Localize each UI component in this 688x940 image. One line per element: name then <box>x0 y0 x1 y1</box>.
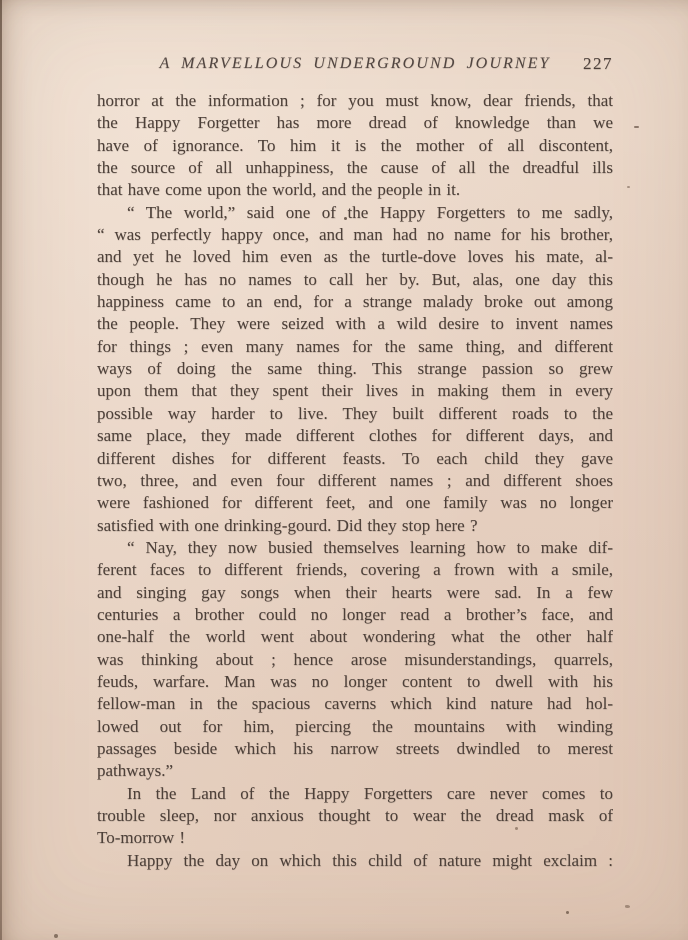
ink-speck <box>634 126 639 128</box>
text-line: was thinking about ; hence arose misunde… <box>97 649 613 671</box>
body-text: horror at the information ; for you must… <box>97 90 613 872</box>
paragraph: “ The world,” said one of the Happy Forg… <box>97 202 613 537</box>
paragraph: horror at the information ; for you must… <box>97 90 613 202</box>
text-line: Happy the day on which this child of nat… <box>97 850 613 872</box>
ink-speck <box>566 911 569 914</box>
text-line: “ Nay, they now busied themselves learni… <box>97 537 613 559</box>
text-line: ways of doing the same thing. This stran… <box>97 358 613 380</box>
text-line: trouble sleep, nor anxious thought to we… <box>97 805 613 827</box>
running-header-title: A MARVELLOUS UNDERGROUND JOURNEY <box>97 52 613 76</box>
ink-speck <box>515 827 518 830</box>
book-page-scan: A MARVELLOUS UNDERGROUND JOURNEY 227 hor… <box>0 0 688 940</box>
text-line: pathways.” <box>97 760 613 782</box>
ink-speck <box>625 905 630 908</box>
ink-speck <box>627 186 630 188</box>
text-line: In the Land of the Happy Forgetters care… <box>97 783 613 805</box>
text-line: same place, they made different clothes … <box>97 425 613 447</box>
text-line: though he has no names to call her by. B… <box>97 269 613 291</box>
text-line: have of ignorance. To him it is the moth… <box>97 135 613 157</box>
text-line: feuds, warfare. Man was no longer conten… <box>97 671 613 693</box>
text-line: for things ; even many names for the sam… <box>97 336 613 358</box>
paragraph: In the Land of the Happy Forgetters care… <box>97 783 613 850</box>
text-line: one-half the world went about wondering … <box>97 626 613 648</box>
text-line: the Happy Forgetter has more dread of kn… <box>97 112 613 134</box>
text-line: and singing gay songs when their hearts … <box>97 582 613 604</box>
text-line: “ was perfectly happy once, and man had … <box>97 224 613 246</box>
text-line: passages beside which his narrow streets… <box>97 738 613 760</box>
text-line: ferent faces to different friends, cover… <box>97 559 613 581</box>
text-line: “ The world,” said one of the Happy Forg… <box>97 202 613 224</box>
paragraph: Happy the day on which this child of nat… <box>97 850 613 872</box>
text-line: the source of all unhappiness, the cause… <box>97 157 613 179</box>
text-line: To-morrow ! <box>97 827 613 849</box>
text-line: two, three, and even four different name… <box>97 470 613 492</box>
text-line: lowed out for him, piercing the mountain… <box>97 716 613 738</box>
text-line: were fashioned for different feet, and o… <box>97 492 613 514</box>
text-line: different dishes for different feasts. T… <box>97 448 613 470</box>
text-line: centuries a brother could no longer read… <box>97 604 613 626</box>
running-header: A MARVELLOUS UNDERGROUND JOURNEY 227 <box>97 52 613 76</box>
page-number: 227 <box>583 52 613 76</box>
paragraph: “ Nay, they now busied themselves learni… <box>97 537 613 783</box>
ink-speck <box>54 934 58 938</box>
text-line: happiness came to an end, for a strange … <box>97 291 613 313</box>
text-line: that have come upon the world, and the p… <box>97 179 613 201</box>
text-line: satisfied with one drinking-gourd. Did t… <box>97 515 613 537</box>
text-line: horror at the information ; for you must… <box>97 90 613 112</box>
text-line: and yet he loved him even as the turtle-… <box>97 246 613 268</box>
text-line: the people. They were seized with a wild… <box>97 313 613 335</box>
text-line: possible way harder to live. They built … <box>97 403 613 425</box>
text-line: upon them that they spent their lives in… <box>97 380 613 402</box>
text-line: fellow-man in the spacious caverns which… <box>97 693 613 715</box>
scan-edge-shadow <box>0 0 2 940</box>
ink-speck <box>344 217 347 220</box>
